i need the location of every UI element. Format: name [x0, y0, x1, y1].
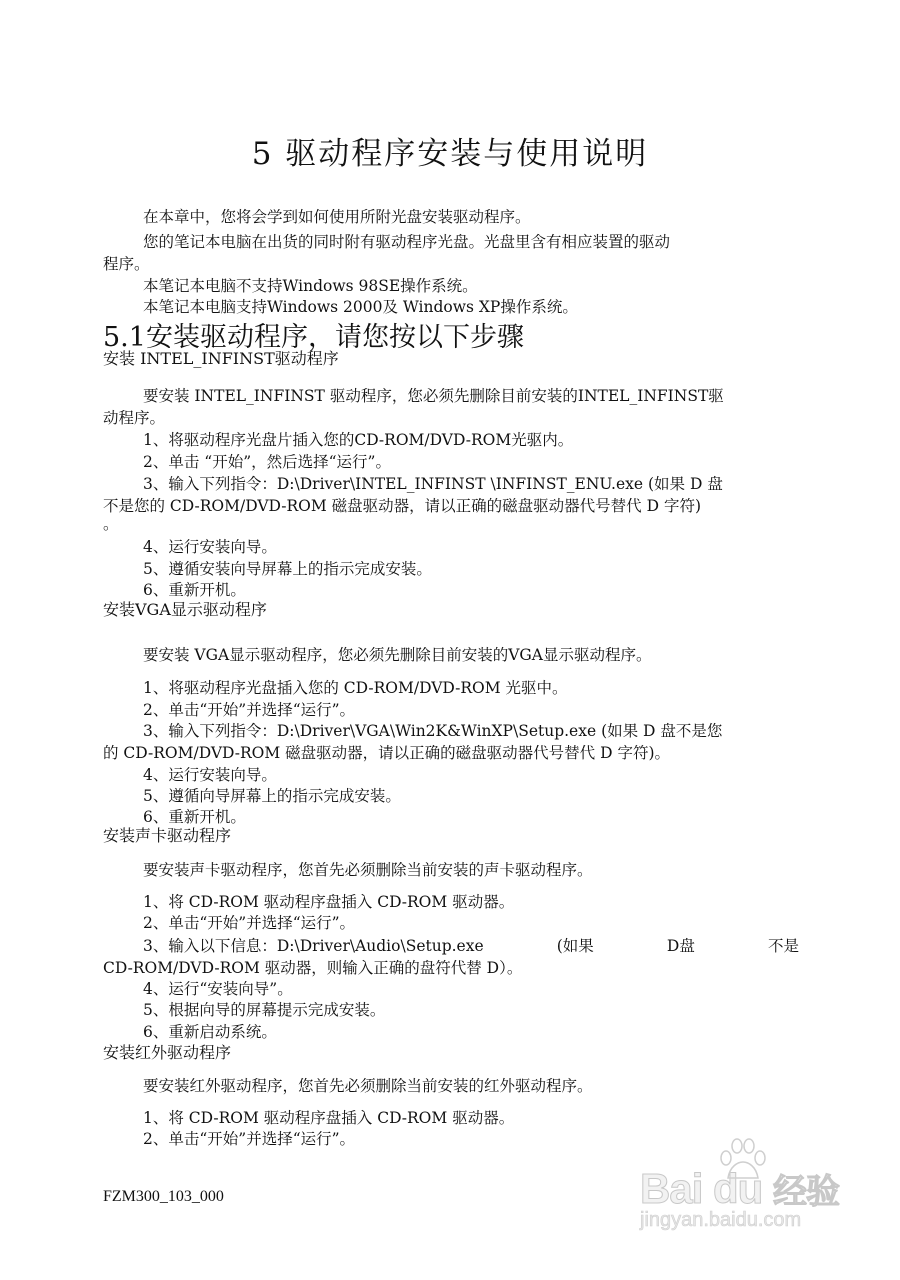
step-item: 4、运行安装向导。: [143, 537, 277, 557]
step-item: 的 CD-ROM/DVD-ROM 磁盘驱动器，请以正确的磁盘驱动器代号替代 D …: [103, 743, 670, 763]
subsection-heading-infrared: 安装红外驱动程序: [103, 1043, 231, 1063]
lead-text: 要安装声卡驱动程序，您首先必须删除当前安装的声卡驱动程序。: [143, 860, 593, 880]
step-item: 1、将驱动程序光盘插入您的 CD-ROM/DVD-ROM 光驱中。: [143, 678, 568, 698]
intro-line: 您的笔记本电脑在出货的同时附有驱动程序光盘。光盘里含有相应装置的驱动: [143, 232, 670, 252]
baidu-jingyan-watermark: Bai du 经验 jingyan.baidu.com: [640, 1140, 850, 1240]
step-tail: D盘: [667, 936, 695, 956]
step-item: 5、遵循向导屏幕上的指示完成安装。: [143, 786, 401, 806]
lead-text: 动程序。: [103, 408, 165, 428]
step-tail: (如果: [557, 936, 594, 956]
step-item: 3、输入下列指令：D:\Driver\INTEL_INFINST \INFINS…: [143, 474, 723, 494]
step-item: 2、单击“开始”并选择“运行”。: [143, 913, 355, 933]
step-item: 4、运行安装向导。: [143, 765, 277, 785]
lead-text: 要安装红外驱动程序，您首先必须删除当前安装的红外驱动程序。: [143, 1076, 593, 1096]
intro-line: 程序。: [103, 254, 150, 274]
step-item: 2、单击 “开始”，然后选择“运行”。: [143, 452, 391, 472]
intro-line: 本笔记本电脑支持Windows 2000及 Windows XP操作系统。: [143, 297, 578, 317]
step-item: 5、根据向导的屏幕提示完成安装。: [143, 1000, 385, 1020]
step-item: 2、单击“开始”并选择“运行”。: [143, 700, 355, 720]
watermark-logo-bai: Bai: [640, 1165, 702, 1212]
step-item: 6、重新开机。: [143, 807, 246, 827]
intro-line: 本笔记本电脑不支持Windows 98SE操作系统。: [143, 276, 478, 296]
step-item: 4、运行“安装向导”。: [143, 979, 293, 999]
step-item: 1、将 CD-ROM 驱动程序盘插入 CD-ROM 驱动器。: [143, 1108, 514, 1128]
step-item: 1、将 CD-ROM 驱动程序盘插入 CD-ROM 驱动器。: [143, 892, 514, 912]
subsection-heading-audio: 安装声卡驱动程序: [103, 826, 231, 846]
step-tail: 不是: [768, 936, 799, 956]
chapter-title: 5 驱动程序安装与使用说明: [0, 128, 900, 173]
subsection-heading-intel: 安装 INTEL_INFINST驱动程序: [103, 349, 339, 369]
document-page: 5 驱动程序安装与使用说明 在本章中，您将会学到如何使用所附光盘安装驱动程序。 …: [0, 0, 900, 1280]
step-item: 2、单击“开始”并选择“运行”。: [143, 1129, 355, 1149]
step-item: 5、遵循安装向导屏幕上的指示完成安装。: [143, 559, 432, 579]
step-item: 。: [103, 514, 119, 534]
step-command: 3、输入以下信息：D:\Driver\Audio\Setup.exe: [143, 936, 484, 956]
paw-icon: [712, 1136, 772, 1182]
step-item: 6、重新开机。: [143, 580, 246, 600]
step-item: CD-ROM/DVD-ROM 驱动器，则输入正确的盘符代替 D）。: [103, 958, 522, 978]
watermark-logo-jingyan: 经验: [773, 1173, 839, 1211]
step-item: 不是您的 CD-ROM/DVD-ROM 磁盘驱动器，请以正确的磁盘驱动器代号替代…: [103, 496, 701, 516]
intro-line: 在本章中，您将会学到如何使用所附光盘安装驱动程序。: [143, 207, 531, 227]
step-item: 3、输入下列指令：D:\Driver\VGA\Win2K&WinXP\Setup…: [143, 721, 722, 741]
step-item: 1、将驱动程序光盘片插入您的CD-ROM/DVD-ROM光驱内。: [143, 430, 573, 450]
document-footer-code: FZM300_103_000: [103, 1188, 224, 1206]
lead-text: 要安装 INTEL_INFINST 驱动程序，您必须先删除目前安装的INTEL_…: [143, 386, 724, 406]
subsection-heading-vga: 安装VGA显示驱动程序: [103, 600, 267, 620]
lead-text: 要安装 VGA显示驱动程序，您必须先删除目前安装的VGA显示驱动程序。: [143, 645, 651, 665]
step-item: 6、重新启动系统。: [143, 1022, 277, 1042]
step-item: 3、输入以下信息：D:\Driver\Audio\Setup.exe (如果 D…: [143, 936, 799, 956]
